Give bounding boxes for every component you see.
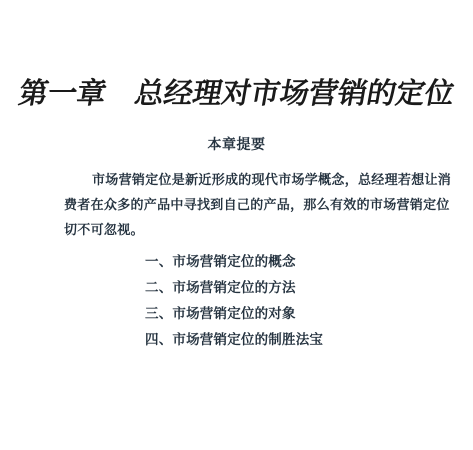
summary-line: 切不可忽视。 (64, 217, 444, 242)
outline-item: 三、市场营销定位的对象 (145, 301, 323, 327)
section-heading: 本章提要 (0, 134, 473, 154)
outline-item: 二、市场营销定位的方法 (145, 275, 323, 301)
outline-item: 四、市场营销定位的制胜法宝 (145, 327, 323, 353)
chapter-outline-list: 一、市场营销定位的概念二、市场营销定位的方法三、市场营销定位的对象四、市场营销定… (145, 249, 323, 353)
summary-line: 市场营销定位是新近形成的现代市场学概念，总经理若想让消 (64, 167, 444, 192)
chapter-title: 第一章 总经理对市场营销的定位 (0, 77, 473, 111)
summary-line: 费者在众多的产品中寻找到自己的产品，那么有效的市场营销定位 (64, 192, 444, 217)
outline-item: 一、市场营销定位的概念 (145, 249, 323, 275)
book-page: 第一章 总经理对市场营销的定位 本章提要 市场营销定位是新近形成的现代市场学概念… (0, 0, 473, 450)
summary-paragraph: 市场营销定位是新近形成的现代市场学概念，总经理若想让消费者在众多的产品中寻找到自… (64, 167, 444, 242)
